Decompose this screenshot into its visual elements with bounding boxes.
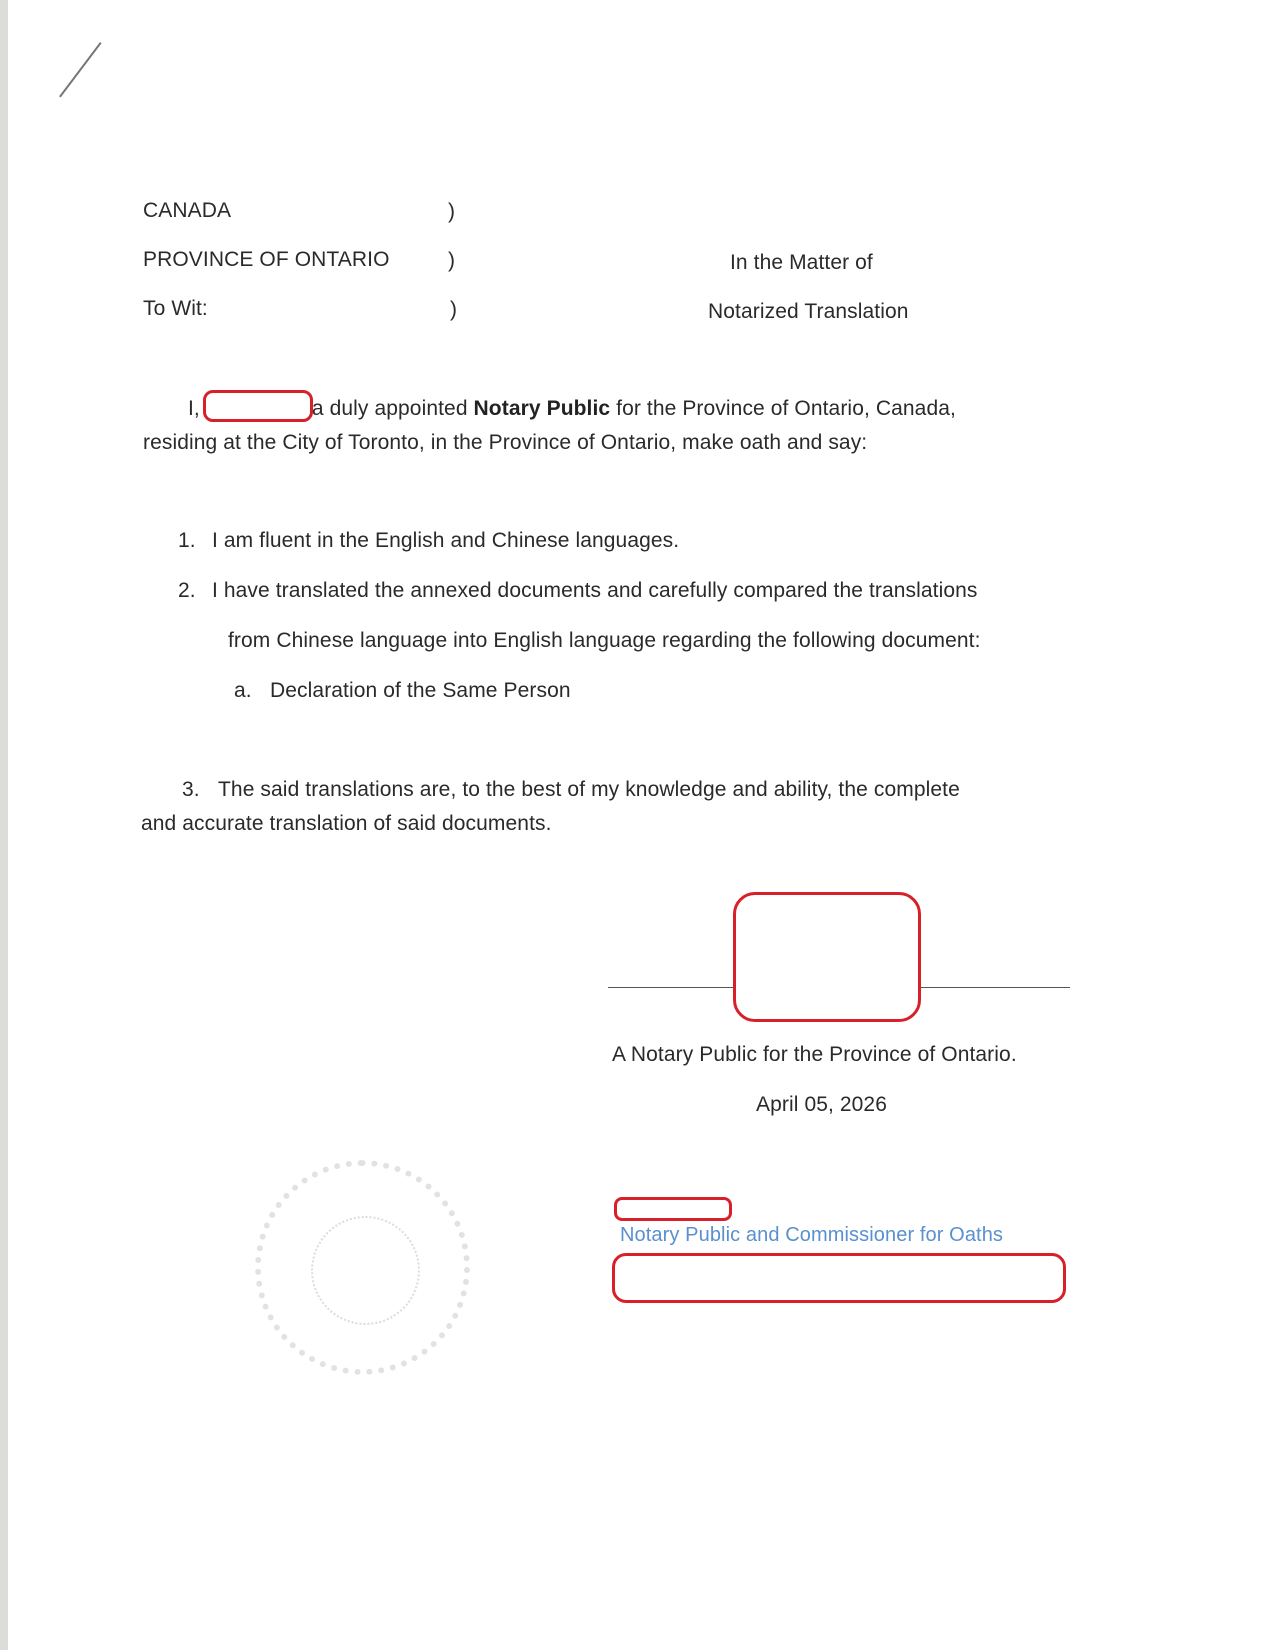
subitem-text: Declaration of the Same Person	[270, 679, 571, 703]
signature-line	[918, 987, 1070, 988]
caption-paren: )	[450, 298, 457, 322]
intro-line-2: residing at the City of Toronto, in the …	[143, 431, 867, 455]
matter-title: Notarized Translation	[708, 300, 909, 324]
item-text: The said translations are, to the best o…	[218, 778, 960, 802]
signature-caption: A Notary Public for the Province of Onta…	[612, 1043, 1017, 1067]
signature-line	[608, 987, 736, 988]
scan-edge	[0, 0, 8, 1650]
caption-to-wit: To Wit:	[143, 297, 208, 321]
caption-paren: )	[448, 200, 455, 224]
subitem-letter: a.	[234, 679, 252, 703]
signature-date: April 05, 2026	[756, 1093, 887, 1117]
item-number: 2.	[178, 579, 196, 603]
item-number: 3.	[182, 778, 200, 802]
matter-heading: In the Matter of	[730, 251, 873, 275]
redacted-signature	[733, 892, 921, 1022]
redacted-stamp-name	[614, 1197, 732, 1221]
caption-paren: )	[448, 249, 455, 273]
redacted-stamp-details	[612, 1253, 1066, 1303]
redacted-name	[203, 390, 313, 422]
notary-public-bold: Notary Public	[474, 397, 611, 420]
item-text: I have translated the annexed documents …	[212, 579, 978, 603]
caption-province: PROVINCE OF ONTARIO	[143, 248, 390, 272]
item-text-cont: from Chinese language into English langu…	[228, 629, 981, 653]
item-number: 1.	[178, 529, 196, 553]
stamp-title: Notary Public and Commissioner for Oaths	[620, 1224, 1003, 1247]
item-text-cont: and accurate translation of said documen…	[141, 812, 552, 836]
item-text: I am fluent in the English and Chinese l…	[212, 529, 679, 553]
embossed-seal	[255, 1160, 470, 1375]
pen-mark	[59, 42, 102, 98]
caption-canada: CANADA	[143, 199, 231, 223]
